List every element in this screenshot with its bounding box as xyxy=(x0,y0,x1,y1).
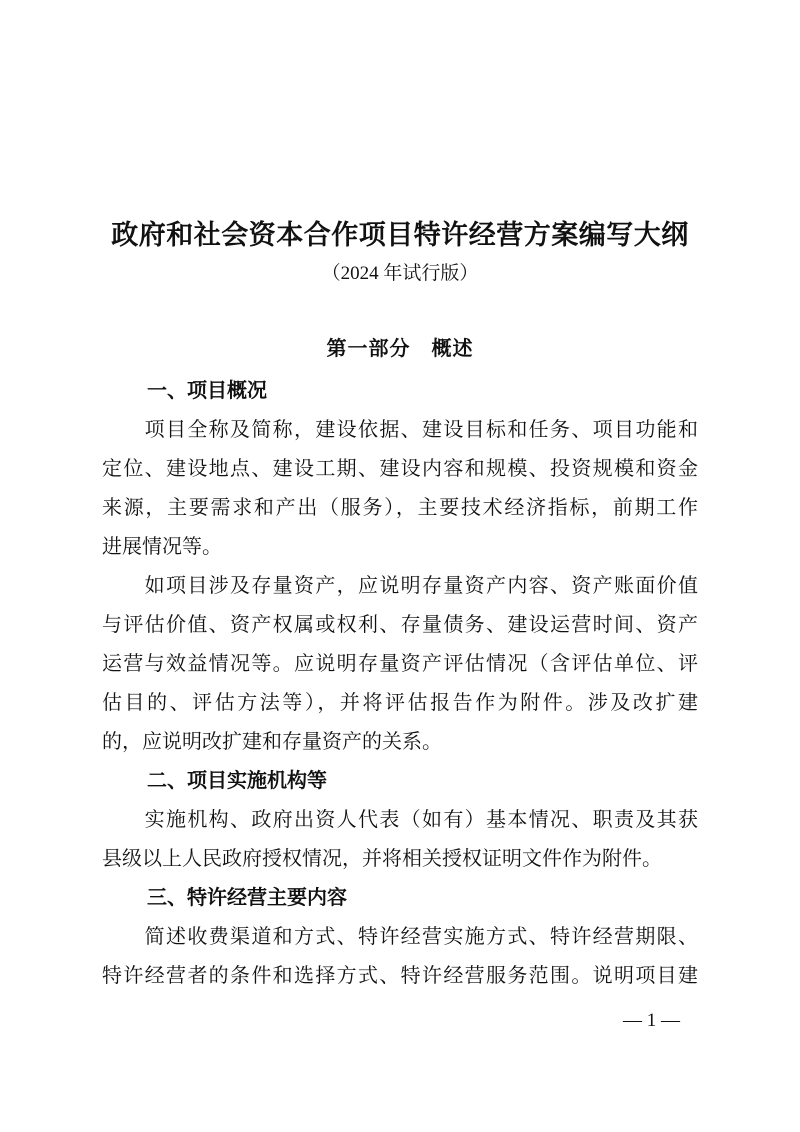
document-content: 政府和社会资本合作项目特许经营方案编写大纲 （2024 年试行版） 第一部分 概… xyxy=(0,0,800,1040)
document-title: 政府和社会资本合作项目特许经营方案编写大纲 xyxy=(102,0,698,252)
text-line: 简述收费渠道和方式、特许经营实施方式、特许经营期限、 xyxy=(102,918,698,957)
document-subtitle: （2024 年试行版） xyxy=(102,260,698,288)
text-line: 与评估价值、资产权属或权利、存量债务、建设运营时间、资产 xyxy=(102,606,698,645)
document-page: 政府和社会资本合作项目特许经营方案编写大纲 （2024 年试行版） 第一部分 概… xyxy=(0,0,800,1132)
paragraph-1: 项目全称及简称，建设依据、建设目标和任务、项目功能和 定位、建设地点、建设工期、… xyxy=(102,411,698,567)
section-heading-3: 三、特许经营主要内容 xyxy=(102,879,698,918)
page-number: — 1 — xyxy=(102,1001,698,1040)
paragraph-3: 实施机构、政府出资人代表（如有）基本情况、职责及其获 县级以上人民政府授权情况，… xyxy=(102,801,698,879)
text-line: 项目全称及简称，建设依据、建设目标和任务、项目功能和 xyxy=(102,411,698,450)
text-line: 特许经营者的条件和选择方式、特许经营服务范围。说明项目建 xyxy=(102,957,698,996)
section-heading-2: 二、项目实施机构等 xyxy=(102,762,698,801)
text-line: 估目的、评估方法等），并将评估报告作为附件。涉及改扩建 xyxy=(102,684,698,723)
text-line: 来源，主要需求和产出（服务），主要技术经济指标，前期工作 xyxy=(102,489,698,528)
section-heading-1: 一、项目概况 xyxy=(102,372,698,411)
text-line: 县级以上人民政府授权情况，并将相关授权证明文件作为附件。 xyxy=(102,840,698,879)
text-line: 如项目涉及存量资产，应说明存量资产内容、资产账面价值 xyxy=(102,567,698,606)
paragraph-4: 简述收费渠道和方式、特许经营实施方式、特许经营期限、 特许经营者的条件和选择方式… xyxy=(102,918,698,996)
text-line: 定位、建设地点、建设工期、建设内容和规模、投资规模和资金 xyxy=(102,450,698,489)
paragraph-2: 如项目涉及存量资产，应说明存量资产内容、资产账面价值 与评估价值、资产权属或权利… xyxy=(102,567,698,762)
part-heading: 第一部分 概述 xyxy=(102,330,698,369)
text-line: 实施机构、政府出资人代表（如有）基本情况、职责及其获 xyxy=(102,801,698,840)
text-line: 运营与效益情况等。应说明存量资产评估情况（含评估单位、评 xyxy=(102,645,698,684)
text-line: 进展情况等。 xyxy=(102,528,698,567)
text-line: 的，应说明改扩建和存量资产的关系。 xyxy=(102,723,698,762)
